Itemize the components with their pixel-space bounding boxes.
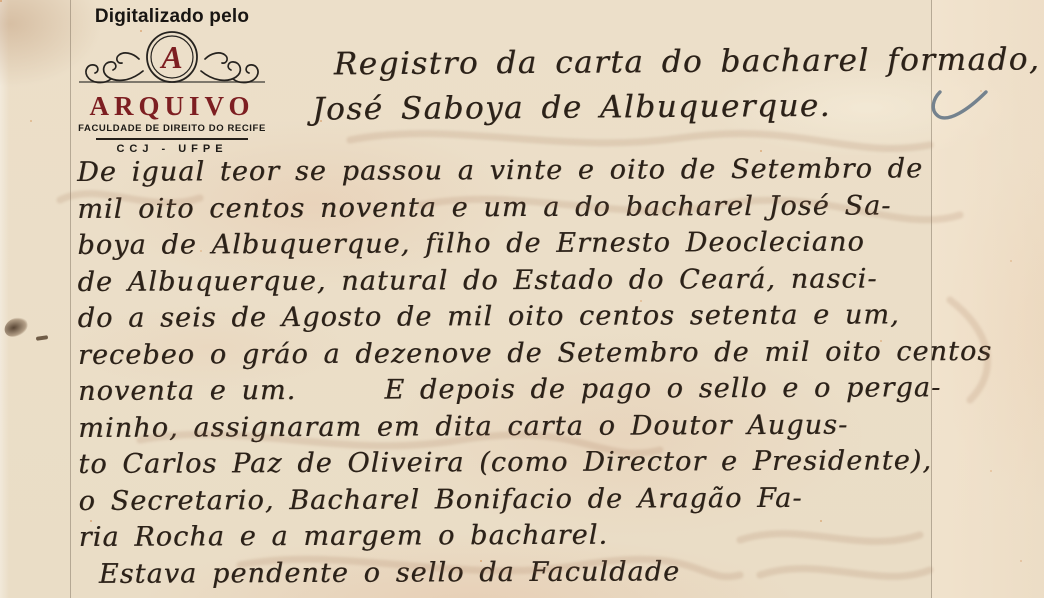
- org-subtitle: FACULDADE DE DIREITO DO RECIFE: [62, 123, 282, 134]
- arquivo-watermark: Digitalizado pelo A ARQUIVO FACULDADE DE…: [62, 6, 282, 155]
- manuscript-page: Digitalizado pelo A ARQUIVO FACULDADE DE…: [0, 0, 1044, 598]
- check-mark-icon: [926, 80, 996, 132]
- arquivo-monogram-icon: A: [77, 29, 267, 91]
- org-unit: CCJ - UFPE: [62, 143, 282, 155]
- logo-divider: [96, 138, 248, 140]
- svg-text:A: A: [159, 39, 182, 75]
- digitized-by-label: Digitalizado pelo: [62, 6, 282, 28]
- org-name: ARQUIVO: [62, 92, 282, 120]
